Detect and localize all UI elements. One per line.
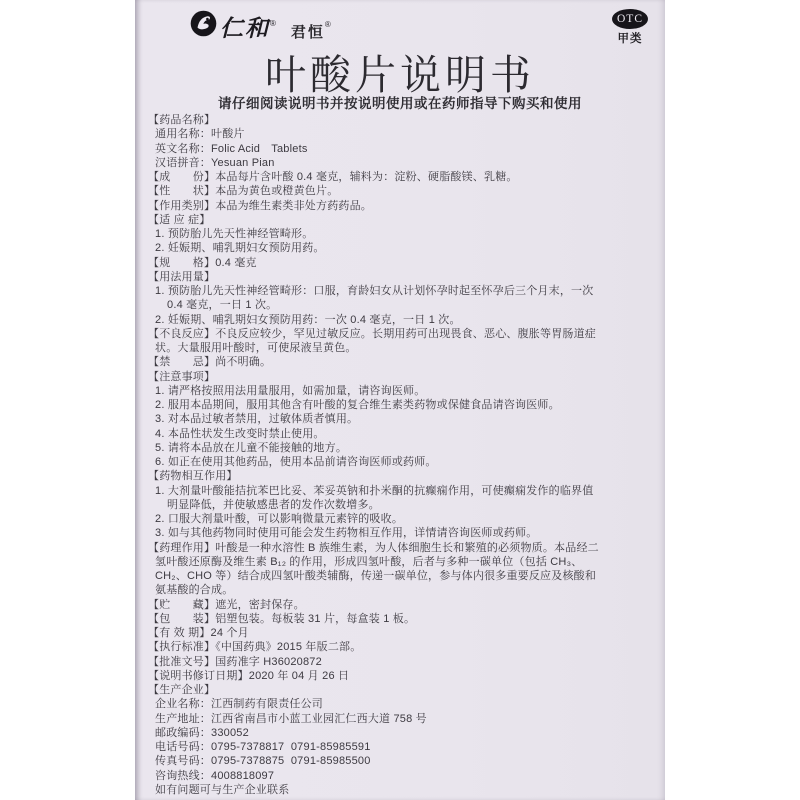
leaflet-text-line: 生产地址：江西省南昌市小蓝工业园汇仁西大道 758 号 (148, 712, 659, 726)
leaflet-paper: 仁和® 君恒® OTC 甲类 叶酸片说明书 请仔细阅读说明书并按说明使用或在药师… (135, 0, 665, 800)
leaflet-body: 【药品名称】通用名称：叶酸片英文名称：Folic Acid Tablets汉语拼… (148, 113, 659, 800)
leaflet-text-line: 【说明书修订日期】2020 年 04 月 26 日 (148, 669, 659, 683)
leaflet-text-line: 3. 如与其他药物同时使用可能会发生药物相互作用，详情请咨询医师或药师。 (148, 526, 659, 540)
leaflet-text-line: 1. 预防胎儿先天性神经管畸形。 (148, 227, 659, 241)
leaflet-text-line: 【贮 藏】遮光，密封保存。 (148, 598, 659, 612)
leaflet-text-line: 【注意事项】 (148, 370, 659, 384)
brand-name: 仁和® (220, 10, 278, 42)
registered-mark-icon: ® (325, 20, 333, 29)
leaflet-text-line: 【有 效 期】24 个月 (148, 626, 659, 640)
leaflet-text-line: 【作用类别】本品为维生素类非处方药药品。 (148, 199, 659, 213)
leaflet-text-line: 1. 请严格按照用法用量服用，如需加量，请咨询医师。 (148, 384, 659, 398)
leaflet-text-line: 【药物相互作用】 (148, 469, 659, 483)
leaflet-text-line: 3. 对本品过敏者禁用，过敏体质者慎用。 (148, 412, 659, 426)
leaflet-text-line: 【成 份】本品每片含叶酸 0.4 毫克，辅料为：淀粉、硬脂酸镁、乳糖。 (148, 170, 659, 184)
leaflet-text-line: 【适 应 症】 (148, 213, 659, 227)
leaflet-text-line: 【禁 忌】尚不明确。 (148, 355, 659, 369)
page-subtitle: 请仔细阅读说明书并按说明使用或在药师指导下购买和使用 (135, 92, 665, 112)
leaflet-text-line: 咨询热线：4008818097 (148, 769, 659, 783)
leaflet-text-line: 2. 服用本品期间，服用其他含有叶酸的复合维生素类药物或保健食品请咨询医师。 (148, 398, 659, 412)
leaflet-text-line: 状。大量服用叶酸时，可使尿液呈黄色。 (148, 341, 659, 355)
leaflet-text-line: 电话号码：0795-7378817 0791-85985591 (148, 740, 659, 754)
leaflet-text-line: 2. 口服大剂量叶酸，可以影响微量元素锌的吸收。 (148, 512, 659, 526)
leaflet-text-line: 明显降低，并使敏感患者的发作次数增多。 (148, 498, 659, 512)
leaflet-text-line: 6. 如正在使用其他药品，使用本品前请咨询医师或药师。 (148, 455, 659, 469)
leaflet-text-line: 汉语拼音：Yesuan Pian (148, 156, 659, 170)
leaflet-text-line: 0.4 毫克，一日 1 次。 (148, 298, 659, 312)
leaflet-text-line: CH₂、CHO 等）结合成四氢叶酸类辅酶，传递一碳单位，参与体内很多重要反应及核… (148, 569, 659, 583)
leaflet-text-line: 如有问题可与生产企业联系 (148, 783, 659, 797)
leaflet-text-line: 【药理作用】叶酸是一种水溶性 B 族维生素，为人体细胞生长和繁殖的必须物质。本品… (148, 541, 659, 555)
leaflet-text-line: 【执行标准】《中国药典》2015 年版二部。 (148, 640, 659, 654)
leaflet-text-line: 邮政编码：330052 (148, 726, 659, 740)
leaflet-text-line: 企业名称：江西制药有限责任公司 (148, 697, 659, 711)
leaflet-text-line: 【生产企业】 (148, 683, 659, 697)
sub-brand-name: 君恒® (291, 17, 333, 40)
leaflet-text-line: 4. 本品性状发生改变时禁止使用。 (148, 427, 659, 441)
leaflet-text-line: 【不良反应】不良反应较少，罕见过敏反应。长期用药可出现畏食、恶心、腹胀等胃肠道症 (148, 327, 659, 341)
leaflet-text-line: 英文名称：Folic Acid Tablets (148, 142, 659, 156)
renhe-logo-icon (190, 10, 217, 37)
leaflet-text-line: 【用法用量】 (148, 270, 659, 284)
otc-badge: OTC (612, 9, 648, 29)
leaflet-text-line: 氨基酸的合成。 (148, 583, 659, 597)
leaflet-text-line: 氢叶酸还原酶及维生素 B₁₂ 的作用，形成四氢叶酸，后者与多种一碳单位（包括 C… (148, 555, 659, 569)
leaflet-text-line: 2. 妊娠期、哺乳期妇女预防用药：一次 0.4 毫克，一日 1 次。 (148, 313, 659, 327)
leaflet-text-line: 2. 妊娠期、哺乳期妇女预防用药。 (148, 241, 659, 255)
leaflet-text-line: 1. 大剂量叶酸能拮抗苯巴比妥、苯妥英钠和扑米酮的抗癫痫作用，可使癫痫发作的临界… (148, 484, 659, 498)
leaflet-text-line: 【性 状】本品为黄色或橙黄色片。 (148, 184, 659, 198)
leaflet-text-line: 【批准文号】国药准字 H36020872 (148, 655, 659, 669)
registered-mark-icon: ® (270, 19, 278, 28)
leaflet-text-line: 【规 格】0.4 毫克 (148, 256, 659, 270)
otc-marking: OTC 甲类 (610, 9, 650, 46)
leaflet-text-line: 【药品名称】 (148, 113, 659, 127)
leaflet-text-line: 5. 请将本品放在儿童不能接触的地方。 (148, 441, 659, 455)
brand-header: 仁和® 君恒® (190, 10, 333, 42)
leaflet-text-line: 传真号码：0795-7378875 0791-85985500 (148, 754, 659, 768)
leaflet-text-line: 1. 预防胎儿先天性神经管畸形：口服，育龄妇女从计划怀孕时起至怀孕后三个月末，一… (148, 284, 659, 298)
leaflet-text-line: 【包 装】铝塑包装。每板装 31 片，每盒装 1 板。 (148, 612, 659, 626)
leaflet-text-line: 通用名称：叶酸片 (148, 127, 659, 141)
